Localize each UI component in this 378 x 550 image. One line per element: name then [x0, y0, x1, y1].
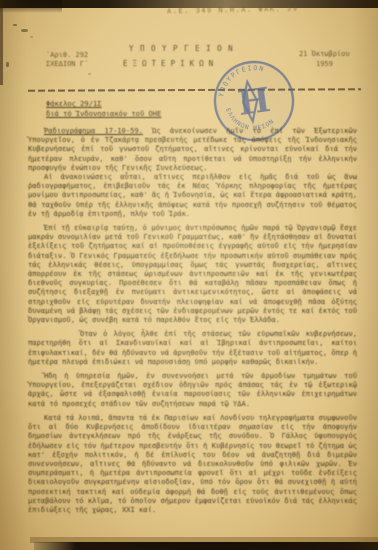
pencil-annotation: Α.Ε. 349 Ν.Η.Α. ΦΑΚ. 59 [167, 5, 299, 16]
paragraph: Ἐπί τῇ εὐκαιρίᾳ ταύτῃ, ὁ μόνιμος ἀντιπρό… [28, 223, 357, 324]
scanned-document-page: Α.Ε. 349 Ν.Η.Α. ΦΑΚ. 59 ᾿Αριθ. 292 ΣΧΕΔΙ… [0, 0, 378, 550]
paragraph: Ὅταν ὁ λόγος ἦλθε ἐπί τῆς στάσεως τῶν εὐ… [28, 329, 357, 366]
header-rule [28, 88, 361, 91]
subject-line-1: Φάκελος 29/1Σ [46, 99, 161, 109]
scan-edge-top-left-shadow [0, 0, 62, 13]
paragraph: Κατά τά λοιπά, ἅπαντα τά ἐκ Παρισίων καί… [28, 413, 357, 514]
reference-number: ᾿Αριθ. 292 [46, 51, 88, 60]
document-body: Ῥαδιογράφημα 17-10-59. Ὡς ἀνεκοίνωσεν ἡμ… [28, 126, 357, 514]
classification-label: ΣΧΕΔΙΟΝ Γ΄ [46, 60, 88, 69]
date-line2: 1959 [316, 60, 333, 68]
paragraph: Ἤδη ἡ ὑπηρεσία ἡμῶν, ἐν συνεννοήσει μετά… [28, 371, 357, 408]
paper-speck [30, 36, 33, 38]
paper-speck [6, 62, 9, 67]
paper-speck [88, 73, 91, 75]
paragraph: Ῥαδιογράφημα 17-10-59. Ὡς ἀνεκοίνωσεν ἡμ… [28, 126, 357, 172]
radiogram-lead: Ῥαδιογράφημα 17-10-59. [44, 126, 143, 135]
paragraph: Αἱ ἀνακοινώσεις αὗται, αἵτινες περιῆλθον… [28, 172, 357, 218]
letterhead-line1: ΥΠΟΥΡΓΕΙΟΝ [129, 44, 239, 53]
subject-block: Φάκελος 29/1Σ διά τό Ἰνδονησιακόν τοῦ ΟΗ… [46, 99, 161, 119]
reference-block: ᾿Αριθ. 292 ΣΧΕΔΙΟΝ Γ΄ [46, 51, 88, 69]
stamp-monogram: Η [235, 80, 272, 124]
scan-edge-left [0, 0, 3, 85]
paper-speck [21, 29, 28, 32]
paper-speck [13, 24, 17, 26]
subject-line-2: διά τό Ἰνδονησιακόν τοῦ ΟΗΕ [46, 109, 161, 119]
scan-edge-bottom [34, 542, 378, 550]
date-line1: 21 Ὀκτωβρίου [299, 50, 350, 58]
